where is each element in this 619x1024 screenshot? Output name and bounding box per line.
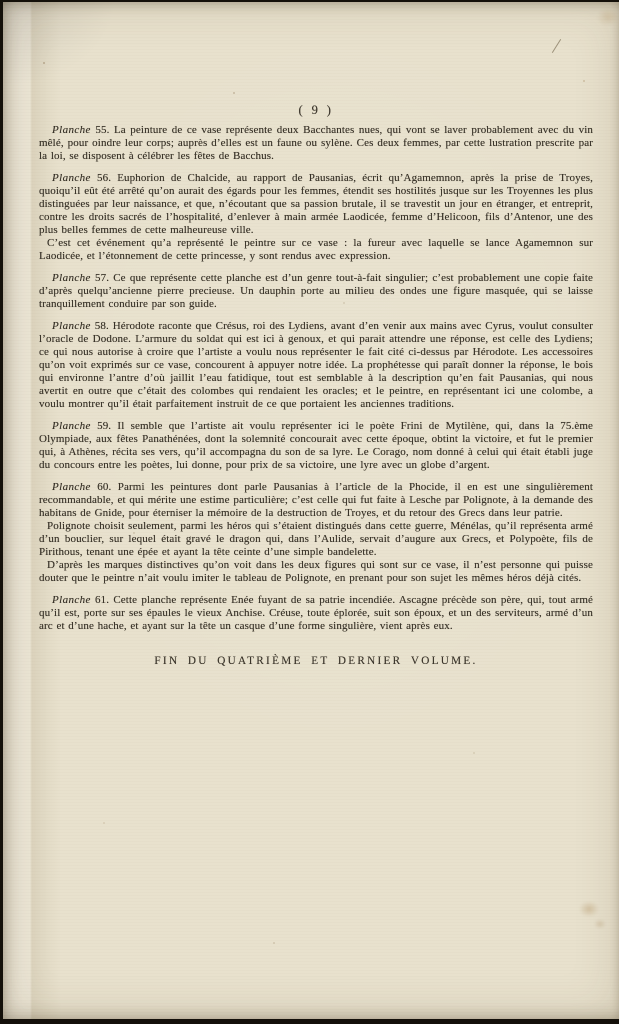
paper-stain: [594, 919, 606, 929]
paper-stain: [597, 8, 619, 26]
planche-label: Planche: [52, 172, 91, 184]
entries: Planche 55. La peinture de ce vase repré…: [39, 124, 593, 633]
planche-number: 57.: [91, 272, 109, 284]
entry-sub-paragraph: D’après les marques distinctives qu’on v…: [39, 559, 593, 585]
text-column: ( 9 ) Planche 55. La peinture de ce vase…: [39, 104, 593, 679]
paper-stain: [579, 901, 599, 917]
planche-entry: Planche 60. Parmi les peintures dont par…: [39, 481, 593, 585]
entry-lead-paragraph: Planche 56. Euphorion de Chalcide, au ra…: [39, 172, 593, 237]
planche-number: 60.: [91, 481, 112, 493]
planche-label: Planche: [52, 594, 91, 606]
entry-lead-paragraph: Planche 59. Il semble que l’artiste ait …: [39, 420, 593, 472]
book-photo: { "page": { "page_number": "( 9 )", "foo…: [0, 0, 619, 1024]
planche-label: Planche: [52, 481, 91, 493]
entry-lead-paragraph: Planche 55. La peinture de ce vase repré…: [39, 124, 593, 163]
planche-entry: Planche 56. Euphorion de Chalcide, au ra…: [39, 172, 593, 263]
entry-lead-paragraph: Planche 60. Parmi les peintures dont par…: [39, 481, 593, 520]
planche-number: 58.: [91, 320, 109, 332]
planche-entry: Planche 59. Il semble que l’artiste ait …: [39, 420, 593, 472]
volume-end-line: FIN DU QUATRIÈME ET DERNIER VOLUME.: [39, 655, 593, 668]
planche-number: 59.: [91, 420, 111, 432]
planche-label: Planche: [52, 420, 91, 432]
page-number: ( 9 ): [39, 104, 593, 117]
entry-lead-paragraph: Planche 58. Hérodote raconte que Crésus,…: [39, 320, 593, 411]
scanned-page: ( 9 ) Planche 55. La peinture de ce vase…: [3, 2, 619, 1019]
planche-entry: Planche 58. Hérodote raconte que Crésus,…: [39, 320, 593, 411]
planche-label: Planche: [52, 124, 91, 136]
paper-specks: [43, 62, 45, 64]
entry-sub-paragraph: C’est cet événement qu’a représenté le p…: [39, 237, 593, 263]
entry-sub-paragraph: Polignote choisit seulement, parmi les h…: [39, 520, 593, 559]
paper-scratch: [552, 39, 561, 53]
planche-label: Planche: [52, 320, 91, 332]
planche-number: 56.: [91, 172, 111, 184]
entry-lead-paragraph: Planche 57. Ce que représente cette plan…: [39, 272, 593, 311]
planche-entry: Planche 61. Cette planche représente Ené…: [39, 594, 593, 633]
planche-number: 61.: [91, 594, 109, 606]
planche-entry: Planche 57. Ce que représente cette plan…: [39, 272, 593, 311]
planche-entry: Planche 55. La peinture de ce vase repré…: [39, 124, 593, 163]
entry-lead-paragraph: Planche 61. Cette planche représente Ené…: [39, 594, 593, 633]
planche-number: 55.: [91, 124, 110, 136]
planche-label: Planche: [52, 272, 91, 284]
